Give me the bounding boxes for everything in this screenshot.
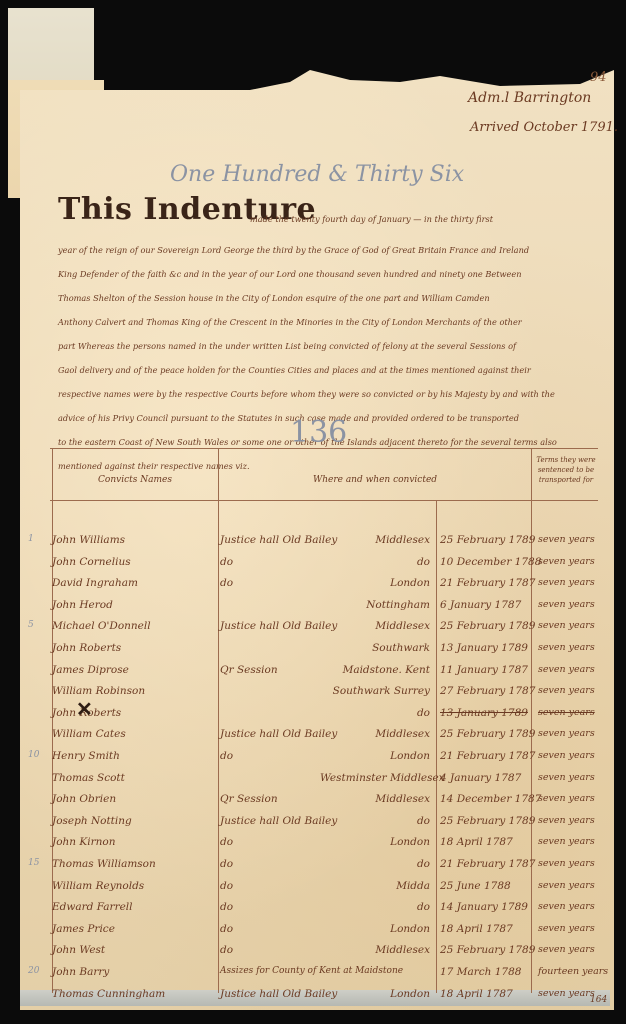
header-terms: Terms they were sentenced to be transpor…	[534, 455, 598, 485]
sentence-term: seven years	[538, 793, 595, 804]
convict-name: John Herod	[52, 599, 113, 611]
sentence-term: seven years	[538, 944, 595, 955]
court-name: do	[220, 750, 233, 762]
convict-name: Henry Smith	[52, 750, 120, 762]
conviction-date: 14 December 1787	[440, 793, 541, 805]
sentence-term: seven years	[538, 901, 595, 912]
court-name: do	[220, 901, 233, 913]
conviction-place: Southwark	[320, 642, 430, 654]
convict-name: John West	[52, 944, 105, 956]
row-mark: 5	[28, 620, 34, 630]
court-name: do	[220, 577, 233, 589]
sentence-term: seven years	[538, 664, 595, 675]
convict-name: David Ingraham	[52, 577, 138, 589]
conviction-place: London	[320, 923, 430, 935]
conviction-place: do	[320, 901, 430, 913]
table-top-rule	[50, 448, 598, 449]
body-line: year of the reign of our Sovereign Lord …	[58, 245, 529, 255]
convict-name: Thomas Williamson	[52, 858, 156, 870]
table-row: David IngrahamdoLondon21 February 1787se…	[20, 577, 620, 597]
court-name: Qr Session	[220, 793, 278, 805]
conviction-place: do	[320, 858, 430, 870]
conviction-date: 25 February 1789	[440, 728, 535, 740]
convict-name: William Reynolds	[52, 880, 144, 892]
court-name: do	[220, 858, 233, 870]
conviction-place: do	[320, 815, 430, 827]
sentence-term: seven years	[538, 707, 595, 718]
conviction-date: 4 January 1787	[440, 772, 521, 784]
pencil-count-words: One Hundred & Thirty Six	[170, 162, 464, 187]
table-row: 1John WilliamsJustice hall Old BaileyMid…	[20, 534, 620, 554]
header-convicts-names: Convicts Names	[60, 475, 210, 485]
court-name: do	[220, 944, 233, 956]
conviction-place: Middlesex	[320, 728, 430, 740]
table-row: Thomas CunninghamJustice hall Old Bailey…	[20, 988, 620, 1008]
body-line: part Whereas the persons named in the un…	[58, 341, 516, 351]
table-row: William RobinsonSouthwark Surrey27 Febru…	[20, 685, 620, 705]
conviction-date: 25 February 1789	[440, 815, 535, 827]
conviction-date: 11 January 1787	[440, 664, 528, 676]
sentence-term: seven years	[538, 750, 595, 761]
conviction-date: 13 January 1789	[440, 707, 528, 719]
table-row: 10Henry SmithdoLondon21 February 1787sev…	[20, 750, 620, 770]
table-row: James PricedoLondon18 April 1787seven ye…	[20, 923, 620, 943]
conviction-date: 10 December 1788	[440, 556, 541, 568]
ship-name: Adm.l Barrington	[468, 90, 591, 106]
header-where-when: Where and when convicted	[220, 475, 530, 485]
table-row: 15Thomas Williamsondodo21 February 1787s…	[20, 858, 620, 878]
table-row: Edward Farrelldodo14 January 1789seven y…	[20, 901, 620, 921]
court-name: do	[220, 836, 233, 848]
conviction-place: Middlesex	[320, 620, 430, 632]
sentence-term: seven years	[538, 685, 595, 696]
sentence-term: seven years	[538, 988, 595, 999]
conviction-date: 25 February 1789	[440, 534, 535, 546]
body-line: mentioned against their respective names…	[58, 461, 250, 471]
convict-name: Joseph Notting	[52, 815, 132, 827]
row-mark: 20	[28, 966, 39, 976]
court-name: Assizes for County of Kent at Maidstone	[220, 966, 403, 976]
body-line: advice of his Privy Council pursuant to …	[58, 413, 519, 423]
convict-name: William Cates	[52, 728, 126, 740]
convict-name: James Diprose	[52, 664, 129, 676]
sentence-term: seven years	[538, 556, 595, 567]
table-row: 5Michael O'DonnellJustice hall Old Baile…	[20, 620, 620, 640]
table-row: John Corneliusdodo10 December 1788seven …	[20, 556, 620, 576]
conviction-place: Nottingham	[320, 599, 430, 611]
conviction-place: London	[320, 988, 430, 1000]
sentence-term: seven years	[538, 642, 595, 653]
page-number: 94	[590, 70, 607, 85]
footer-total: 164	[590, 995, 607, 1005]
table-row: John Robertsdo13 January 1789seven years	[20, 707, 620, 727]
convict-name: John Barry	[52, 966, 109, 978]
sentence-term: seven years	[538, 728, 595, 739]
conviction-date: 17 March 1788	[440, 966, 521, 978]
conviction-place: Middlesex	[320, 534, 430, 546]
body-line: King Defender of the faith &c and in the…	[58, 269, 522, 279]
court-name: do	[220, 923, 233, 935]
sentence-term: seven years	[538, 620, 595, 631]
convict-name: William Robinson	[52, 685, 145, 697]
conviction-place: Middlesex	[320, 793, 430, 805]
conviction-date: 18 April 1787	[440, 988, 513, 1000]
conviction-date: 27 February 1787	[440, 685, 535, 697]
sentence-term: seven years	[538, 880, 595, 891]
convict-name: John Obrien	[52, 793, 116, 805]
table-row: 20John BarryAssizes for County of Kent a…	[20, 966, 620, 986]
convict-name: John Roberts	[52, 642, 121, 654]
table-row: John WestdoMiddlesex25 February 1789seve…	[20, 944, 620, 964]
conviction-date: 25 February 1789	[440, 944, 535, 956]
convict-name: Edward Farrell	[52, 901, 133, 913]
conviction-place: do	[320, 556, 430, 568]
row-mark: 10	[28, 750, 39, 760]
conviction-place: London	[320, 836, 430, 848]
body-line: made the twenty fourth day of January — …	[250, 214, 493, 224]
table-row: John ObrienQr SessionMiddlesex14 Decembe…	[20, 793, 620, 813]
sentence-term: fourteen years	[538, 966, 608, 977]
conviction-date: 25 February 1789	[440, 620, 535, 632]
conviction-place: Midda	[320, 880, 430, 892]
body-line: Thomas Shelton of the Session house in t…	[58, 293, 490, 303]
sentence-term: seven years	[538, 923, 595, 934]
court-name: do	[220, 556, 233, 568]
body-line: Gaol delivery and of the peace holden fo…	[58, 365, 531, 375]
row-mark: 1	[28, 534, 34, 544]
conviction-place: do	[320, 707, 430, 719]
table-row: John RobertsSouthwark13 January 1789seve…	[20, 642, 620, 662]
table-row: William CatesJustice hall Old BaileyMidd…	[20, 728, 620, 748]
conviction-date: 18 April 1787	[440, 923, 513, 935]
conviction-date: 21 February 1787	[440, 577, 535, 589]
body-line: Anthony Calvert and Thomas King of the C…	[58, 317, 522, 327]
attached-paper-tab	[8, 8, 94, 88]
pencil-count-number: 136	[290, 415, 347, 450]
conviction-place: Westminster Middlesex	[320, 772, 430, 784]
sentence-term: seven years	[538, 534, 595, 545]
table-header-rule	[50, 500, 598, 501]
table-row: James DiproseQr SessionMaidstone. Kent11…	[20, 664, 620, 684]
table-row: Thomas ScottWestminster Middlesex4 Janua…	[20, 772, 620, 792]
conviction-place: London	[320, 750, 430, 762]
conviction-date: 13 January 1789	[440, 642, 528, 654]
convict-name: John Williams	[52, 534, 125, 546]
table-row: John HerodNottingham6 January 1787seven …	[20, 599, 620, 619]
sentence-term: seven years	[538, 772, 595, 783]
convict-name: Michael O'Donnell	[52, 620, 151, 632]
sentence-term: seven years	[538, 815, 595, 826]
convict-name: James Price	[52, 923, 115, 935]
table-row: John KirnondoLondon18 April 1787seven ye…	[20, 836, 620, 856]
conviction-date: 6 January 1787	[440, 599, 521, 611]
arrival-date: Arrived October 1791.	[470, 120, 618, 135]
conviction-place: London	[320, 577, 430, 589]
conviction-place: Middlesex	[320, 944, 430, 956]
table-row: William ReynoldsdoMidda25 June 1788seven…	[20, 880, 620, 900]
body-line: respective names were by the respective …	[58, 389, 555, 399]
conviction-date: 21 February 1787	[440, 750, 535, 762]
conviction-date: 18 April 1787	[440, 836, 513, 848]
conviction-date: 21 February 1787	[440, 858, 535, 870]
sentence-term: seven years	[538, 858, 595, 869]
convict-name: Thomas Scott	[52, 772, 125, 784]
sentence-term: seven years	[538, 836, 595, 847]
sentence-term: seven years	[538, 599, 595, 610]
court-name: do	[220, 880, 233, 892]
convict-name: John Cornelius	[52, 556, 131, 568]
sentence-term: seven years	[538, 577, 595, 588]
row-mark: 15	[28, 858, 39, 868]
table-row: Joseph NottingJustice hall Old Baileydo2…	[20, 815, 620, 835]
court-name: Qr Session	[220, 664, 278, 676]
convict-name: Thomas Cunningham	[52, 988, 165, 1000]
cross-mark: ✕	[76, 697, 93, 721]
conviction-place: Southwark Surrey	[320, 685, 430, 697]
conviction-date: 14 January 1789	[440, 901, 528, 913]
convict-name: John Kirnon	[52, 836, 115, 848]
conviction-date: 25 June 1788	[440, 880, 511, 892]
conviction-place: Maidstone. Kent	[320, 664, 430, 676]
